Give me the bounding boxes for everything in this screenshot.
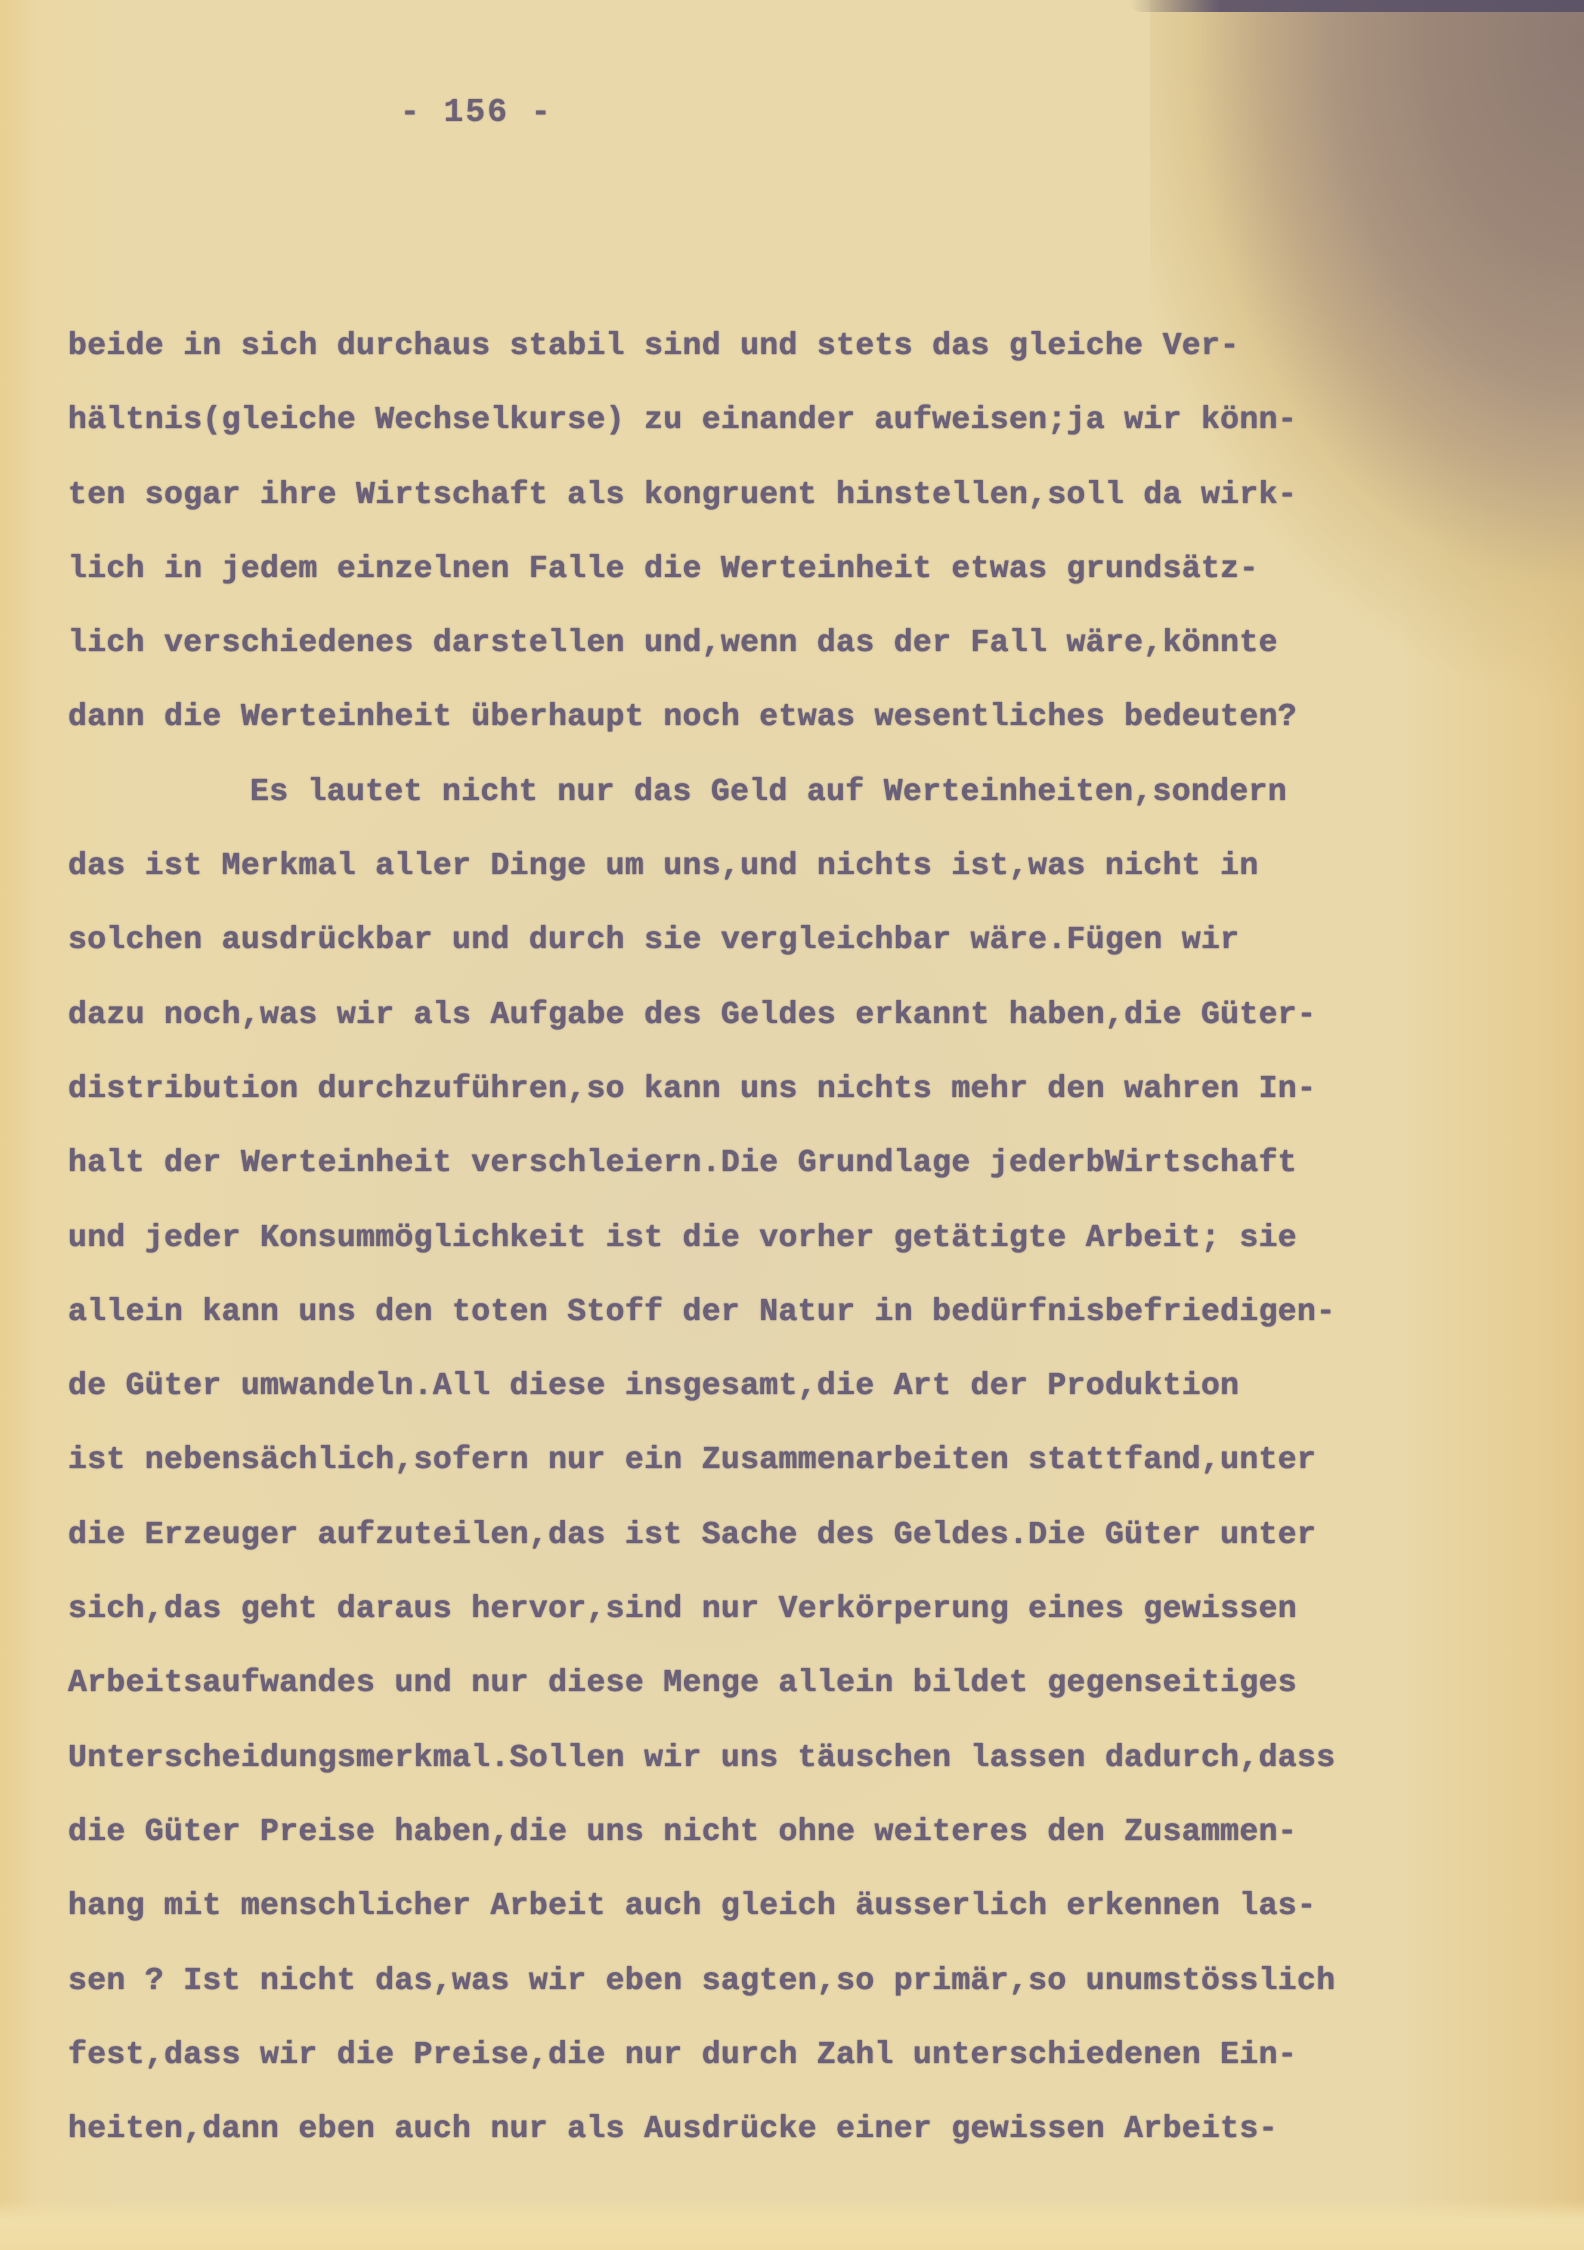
text-line: lich in jedem einzelnen Falle die Wertei…	[68, 533, 1568, 607]
text-line: dann die Werteinheit überhaupt noch etwa…	[68, 681, 1568, 755]
text-line: die Erzeuger aufzuteilen,das ist Sache d…	[68, 1499, 1568, 1573]
text-line: sich,das geht daraus hervor,sind nur Ver…	[68, 1573, 1568, 1647]
text-line: ist nebensächlich,sofern nur ein Zusamme…	[68, 1424, 1568, 1498]
text-line: fest,dass wir die Preise,die nur durch Z…	[68, 2019, 1568, 2093]
text-line: und jeder Konsummöglichkeit ist die vorh…	[68, 1202, 1568, 1276]
text-line: solchen ausdrückbar und durch sie vergle…	[68, 904, 1568, 978]
page-top-edge	[1130, 0, 1584, 12]
text-line: ten sogar ihre Wirtschaft als kongruent …	[68, 459, 1568, 533]
text-line: hältnis(gleiche Wechselkurse) zu einande…	[68, 384, 1568, 458]
text-line: Es lautet nicht nur das Geld auf Wertein…	[68, 756, 1568, 830]
text-line: halt der Werteinheit verschleiern.Die Gr…	[68, 1127, 1568, 1201]
text-line: beide in sich durchaus stabil sind und s…	[68, 310, 1568, 384]
text-line: die Güter Preise haben,die uns nicht ohn…	[68, 1796, 1568, 1870]
text-line: Unterscheidungsmerkmal.Sollen wir uns tä…	[68, 1722, 1568, 1796]
text-line: heiten,dann eben auch nur als Ausdrücke …	[68, 2093, 1568, 2167]
page-bottom-margin	[0, 2200, 1584, 2250]
text-line: lich verschiedenes darstellen und,wenn d…	[68, 607, 1568, 681]
text-line: dazu noch,was wir als Aufgabe des Geldes…	[68, 979, 1568, 1053]
text-line: das ist Merkmal aller Dinge um uns,und n…	[68, 830, 1568, 904]
text-line: allein kann uns den toten Stoff der Natu…	[68, 1276, 1568, 1350]
text-line: sen ? Ist nicht das,was wir eben sagten,…	[68, 1945, 1568, 2019]
typewritten-page: - 156 - beide in sich durchaus stabil si…	[0, 0, 1584, 2250]
text-line: Arbeitsaufwandes und nur diese Menge all…	[68, 1647, 1568, 1721]
body-text: beide in sich durchaus stabil sind und s…	[68, 310, 1568, 2167]
page-number: - 156 -	[400, 94, 553, 131]
text-line: distribution durchzuführen,so kann uns n…	[68, 1053, 1568, 1127]
text-line: de Güter umwandeln.All diese insgesamt,d…	[68, 1350, 1568, 1424]
text-line: hang mit menschlicher Arbeit auch gleich…	[68, 1870, 1568, 1944]
